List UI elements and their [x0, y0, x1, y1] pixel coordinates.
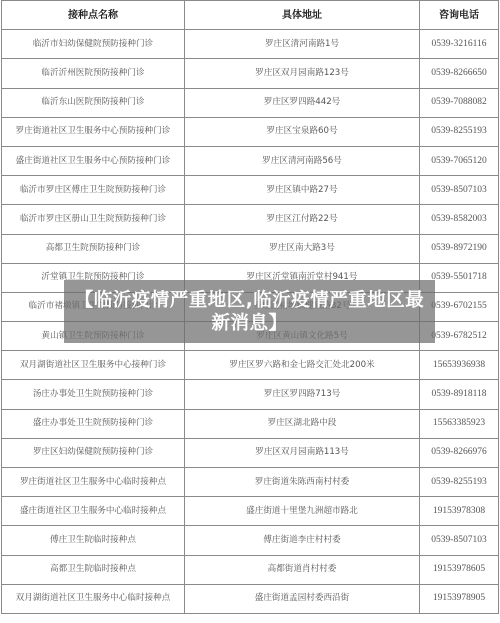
table-row: 临沂市罗庄区傅庄卫生院预防接种门诊罗庄区镇中路27号0539-8507103: [2, 176, 499, 205]
address-cell: 高都街道肖村村委: [185, 555, 420, 584]
phone-cell: 0539-3216116: [420, 30, 499, 59]
address-cell: 罗庄区宝泉路60号: [185, 117, 420, 146]
table-row: 盛庄办事处卫生院预防接种门诊罗庄区湖北路中段15563385923: [2, 409, 499, 438]
site-name-cell: 高都卫生院预防接种门诊: [2, 234, 185, 263]
overlay-title: 【临沂疫情严重地区,临沂疫情严重地区最新消息】: [70, 289, 430, 335]
phone-cell: 15653936938: [420, 351, 499, 380]
site-name-cell: 盛庄街道社区卫生服务中心临时接种点: [2, 497, 185, 526]
address-cell: 罗庄区南大路3号: [185, 234, 420, 263]
site-name-cell: 罗庄街道社区卫生服务中心预防接种门诊: [2, 117, 185, 146]
table-row: 罗庄街道社区卫生服务中心临时接种点罗庄街道朱陈西南村村委0539-8255193: [2, 468, 499, 497]
table-row: 双月湖街道社区卫生服务中心临时接种点盛庄街道孟园村委西沿街19153978905: [2, 584, 499, 613]
address-cell: 盛庄街道十里堡九洲超市路北: [185, 497, 420, 526]
table-row: 临沂市罗庄区册山卫生院预防接种门诊罗庄区江付路22号0539-8582003: [2, 205, 499, 234]
phone-cell: 0539-8255193: [420, 468, 499, 497]
phone-cell: 0539-8507103: [420, 526, 499, 555]
title-overlay-banner: 【临沂疫情严重地区,临沂疫情严重地区最新消息】: [64, 280, 435, 343]
phone-cell: 19153978308: [420, 497, 499, 526]
table-row: 临沂市妇幼保健院预防接种门诊罗庄区清河南路1号0539-3216116: [2, 30, 499, 59]
address-cell: 罗庄区江付路22号: [185, 205, 420, 234]
address-cell: 罗庄区罗四路713号: [185, 380, 420, 409]
address-cell: 罗庄区罗六路和金七路交汇处北200米: [185, 351, 420, 380]
table-row: 罗庄街道社区卫生服务中心预防接种门诊罗庄区宝泉路60号0539-8255193: [2, 117, 499, 146]
phone-cell: 0539-8255193: [420, 117, 499, 146]
table-row: 临沂东山医院预防接种门诊罗庄区罗四路442号0539-7088082: [2, 88, 499, 117]
header-phone: 咨询电话: [420, 1, 499, 30]
address-cell: 罗庄区清河南路56号: [185, 146, 420, 175]
header-site-name: 接种点名称: [2, 1, 185, 30]
site-name-cell: 罗庄区妇幼保健院预防接种门诊: [2, 438, 185, 467]
table-row: 高都卫生院预防接种门诊罗庄区南大路3号0539-8972190: [2, 234, 499, 263]
site-name-cell: 双月湖街道社区卫生服务中心临时接种点: [2, 584, 185, 613]
site-name-cell: 高都卫生院临时接种点: [2, 555, 185, 584]
phone-cell: 0539-8972190: [420, 234, 499, 263]
address-cell: 罗庄区双月园南路113号: [185, 438, 420, 467]
site-name-cell: 临沂市妇幼保健院预防接种门诊: [2, 30, 185, 59]
address-cell: 罗庄区双月园南路123号: [185, 59, 420, 88]
site-name-cell: 汤庄办事处卫生院预防接种门诊: [2, 380, 185, 409]
table-row: 双月湖街道社区卫生服务中心接种门诊罗庄区罗六路和金七路交汇处北200米15653…: [2, 351, 499, 380]
table-row: 傅庄卫生院临时接种点傅庄街道李庄村村委0539-8507103: [2, 526, 499, 555]
address-cell: 罗庄区镇中路27号: [185, 176, 420, 205]
table-row: 汤庄办事处卫生院预防接种门诊罗庄区罗四路713号0539-8918118: [2, 380, 499, 409]
header-address: 具体地址: [185, 1, 420, 30]
site-name-cell: 罗庄街道社区卫生服务中心临时接种点: [2, 468, 185, 497]
address-cell: 罗庄区湖北路中段: [185, 409, 420, 438]
phone-cell: 15563385923: [420, 409, 499, 438]
table-header-row: 接种点名称 具体地址 咨询电话: [2, 1, 499, 30]
address-cell: 罗庄街道朱陈西南村村委: [185, 468, 420, 497]
table-row: 高都卫生院临时接种点高都街道肖村村委19153978605: [2, 555, 499, 584]
phone-cell: 0539-8266650: [420, 59, 499, 88]
phone-cell: 19153978905: [420, 584, 499, 613]
address-cell: 罗庄区清河南路1号: [185, 30, 420, 59]
address-cell: 傅庄街道李庄村村委: [185, 526, 420, 555]
table-row: 临沂沂州医院预防接种门诊罗庄区双月园南路123号0539-8266650: [2, 59, 499, 88]
phone-cell: 0539-7088082: [420, 88, 499, 117]
phone-cell: 0539-8918118: [420, 380, 499, 409]
phone-cell: 0539-7065120: [420, 146, 499, 175]
phone-cell: 19153978605: [420, 555, 499, 584]
site-name-cell: 傅庄卫生院临时接种点: [2, 526, 185, 555]
phone-cell: 0539-8507103: [420, 176, 499, 205]
phone-cell: 0539-8582003: [420, 205, 499, 234]
address-cell: 罗庄区罗四路442号: [185, 88, 420, 117]
site-name-cell: 临沂沂州医院预防接种门诊: [2, 59, 185, 88]
address-cell: 盛庄街道孟园村委西沿街: [185, 584, 420, 613]
phone-cell: 0539-8266976: [420, 438, 499, 467]
site-name-cell: 临沂市罗庄区册山卫生院预防接种门诊: [2, 205, 185, 234]
site-name-cell: 临沂东山医院预防接种门诊: [2, 88, 185, 117]
site-name-cell: 盛庄街道社区卫生服务中心预防接种门诊: [2, 146, 185, 175]
site-name-cell: 双月湖街道社区卫生服务中心接种门诊: [2, 351, 185, 380]
site-name-cell: 盛庄办事处卫生院预防接种门诊: [2, 409, 185, 438]
table-row: 罗庄区妇幼保健院预防接种门诊罗庄区双月园南路113号0539-8266976: [2, 438, 499, 467]
table-row: 盛庄街道社区卫生服务中心临时接种点盛庄街道十里堡九洲超市路北1915397830…: [2, 497, 499, 526]
table-row: 盛庄街道社区卫生服务中心预防接种门诊罗庄区清河南路56号0539-7065120: [2, 146, 499, 175]
site-name-cell: 临沂市罗庄区傅庄卫生院预防接种门诊: [2, 176, 185, 205]
